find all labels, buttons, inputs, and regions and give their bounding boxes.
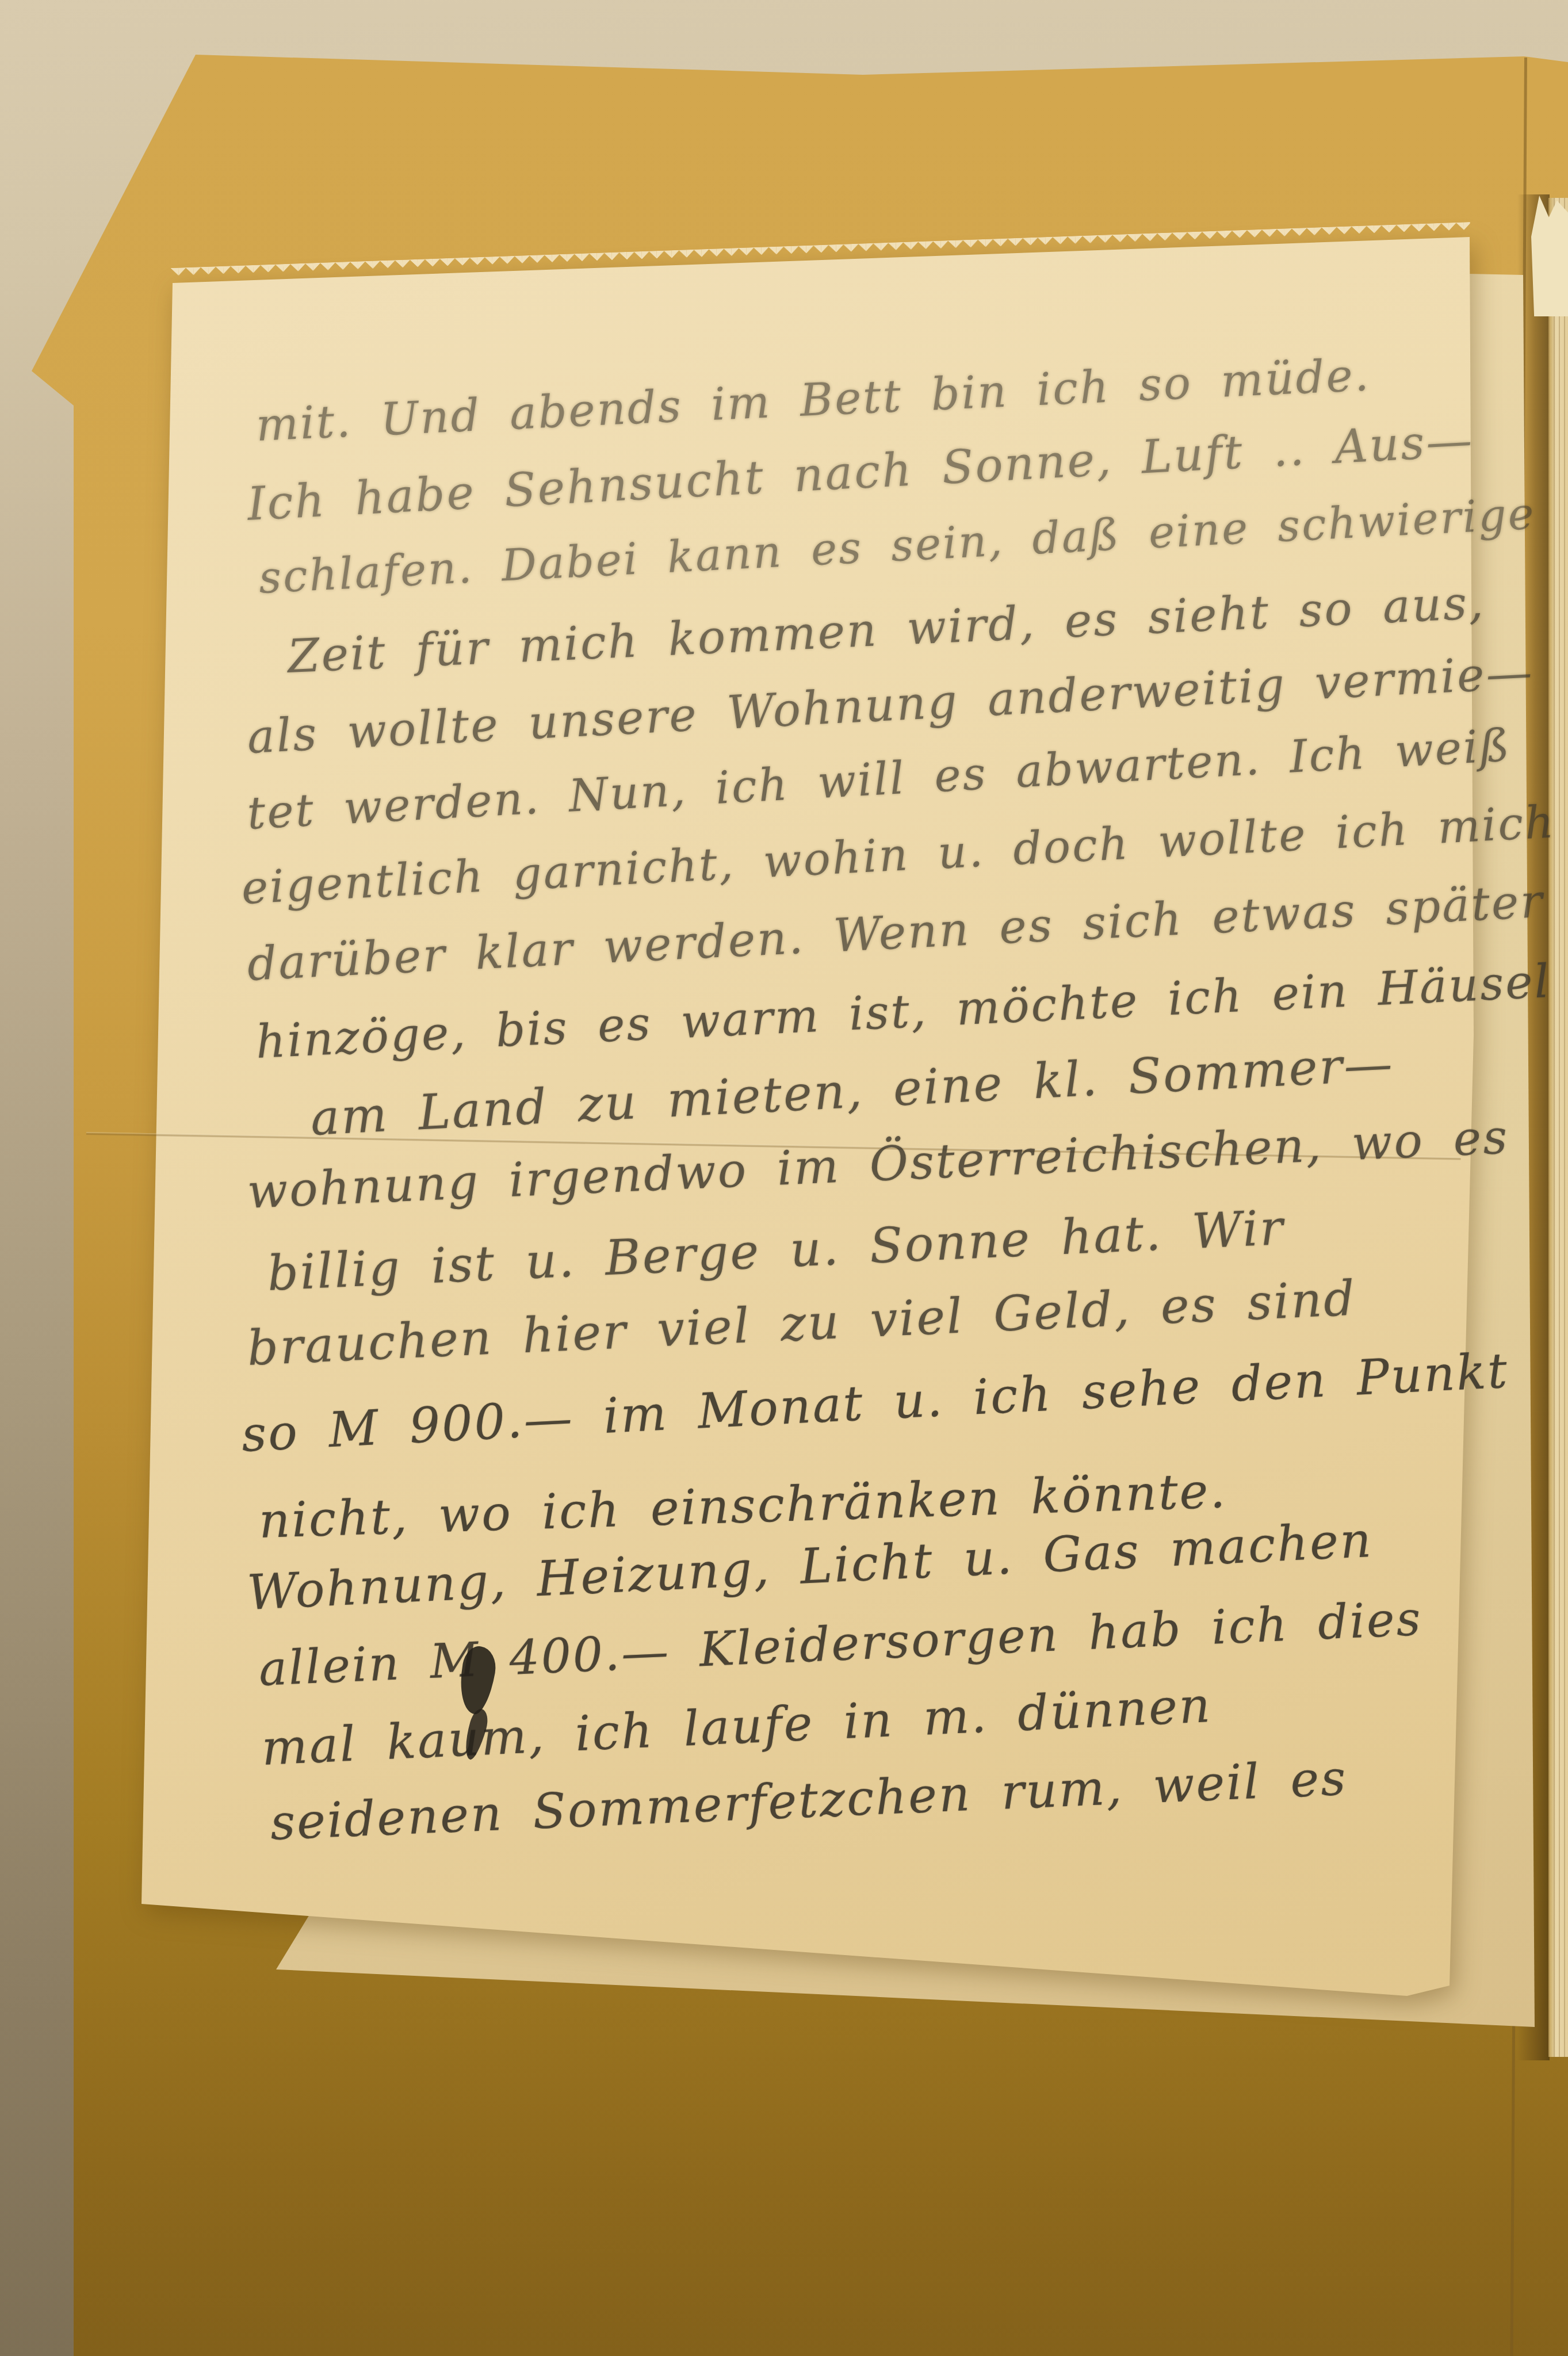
photo-scene: mit. Und abends im Bett bin ich so müde.… [0, 0, 1568, 2356]
